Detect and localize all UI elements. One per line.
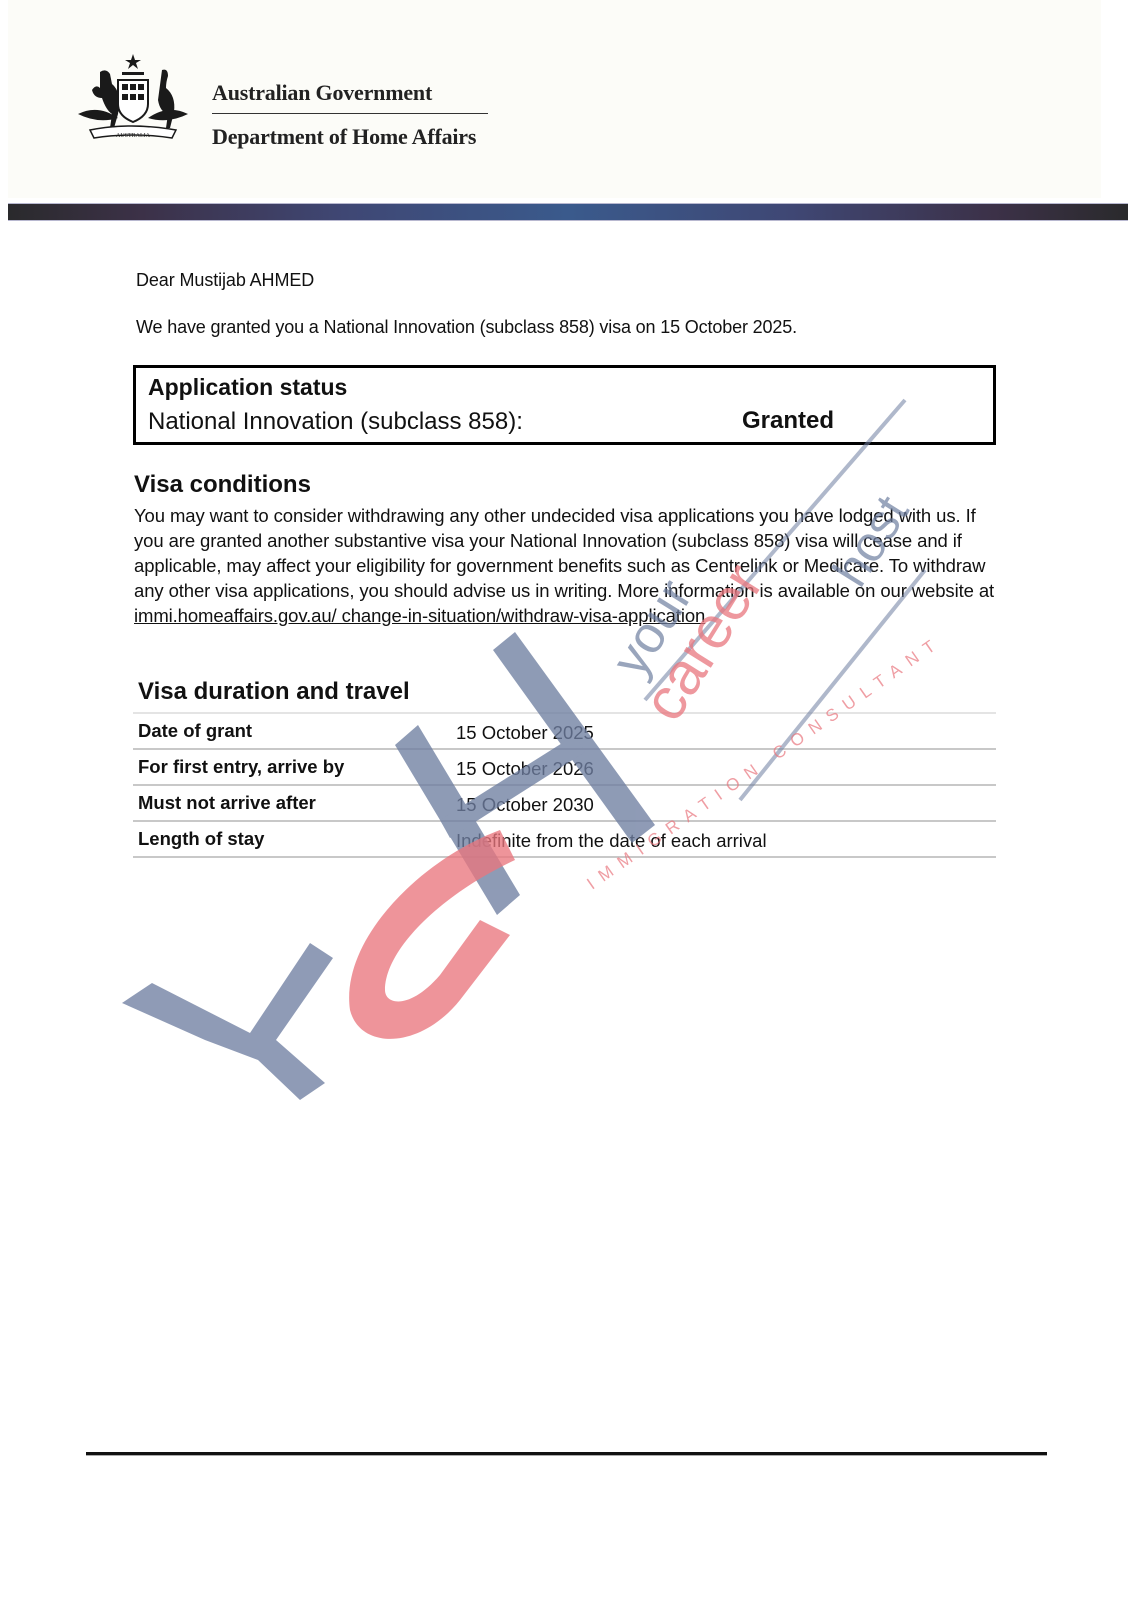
watermark-y-icon [122,943,333,1100]
status-badge: Granted [742,407,834,435]
salutation: Dear Mustijab AHMED [136,270,314,291]
table-row: For first entry, arrive by 15 October 20… [133,749,996,785]
visa-duration-table: Date of grant 15 October 2025 For first … [133,712,996,858]
table-row: Must not arrive after 15 October 2030 [133,785,996,821]
row-value: 15 October 2030 [456,785,996,821]
letterhead-divider [212,113,488,114]
application-status-box: Application status National Innovation (… [133,365,996,445]
visa-conditions-title: Visa conditions [134,471,311,499]
application-status-title: Application status [148,374,347,401]
coat-of-arms-icon: AUSTRALIA [70,52,196,150]
row-label: Date of grant [133,713,456,749]
visa-subclass-label: National Innovation (subclass 858): [148,408,523,436]
footer-divider [86,1452,1047,1455]
grant-statement: We have granted you a National Innovatio… [136,317,797,338]
visa-conditions-text: You may want to consider withdrawing any… [134,503,1004,628]
row-label: Must not arrive after [133,785,456,821]
watermark-c-icon [349,830,515,1039]
visa-conditions-body: You may want to consider withdrawing any… [134,505,994,601]
table-row: Date of grant 15 October 2025 [133,713,996,749]
visa-duration-title: Visa duration and travel [138,678,410,706]
row-label: Length of stay [133,821,456,857]
withdraw-application-link[interactable]: immi.homeaffairs.gov.au/ change-in-situa… [134,605,705,626]
row-value: 15 October 2026 [456,749,996,785]
header-gradient-bar [8,203,1128,221]
row-value: 15 October 2025 [456,713,996,749]
svg-text:AUSTRALIA: AUSTRALIA [116,133,151,139]
table-row: Length of stay Indefinite from the date … [133,821,996,857]
government-name: Australian Government [212,80,432,106]
row-label: For first entry, arrive by [133,749,456,785]
department-name: Department of Home Affairs [212,124,476,150]
row-value: Indefinite from the date of each arrival [456,821,996,857]
